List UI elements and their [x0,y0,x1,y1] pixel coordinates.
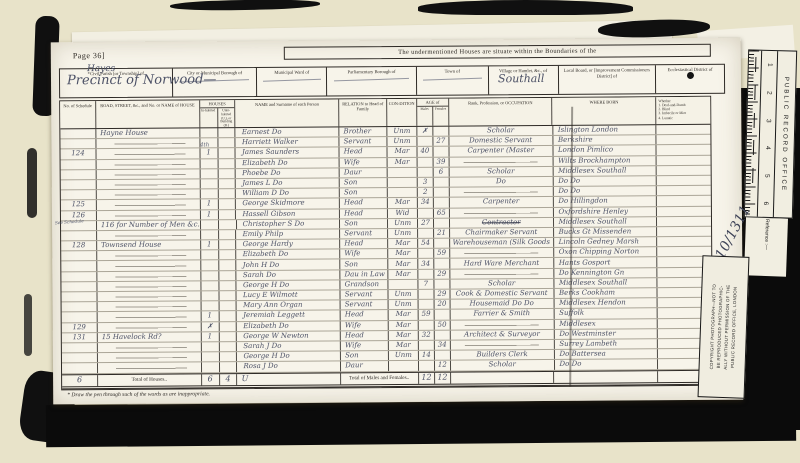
cell-age-female [434,178,450,187]
cell-schedule [61,160,97,169]
cell-age-female [434,218,450,227]
cell-relation: Wife [341,321,389,331]
cell-relation: Wife [340,249,388,259]
photo-smudge [27,148,37,218]
cell-uninhabited [219,301,237,310]
cell-age-female: 65 [434,208,450,217]
cell-condition [389,361,419,370]
cell-relation: Head [340,147,388,157]
cell-age-female [433,147,449,156]
total-houses-label: Total of Houses.. [98,374,202,386]
col-age: AGE of Males Females [417,99,449,126]
cell-condition: Unm [389,290,419,299]
cell-occupation [450,207,554,217]
cell-relation: Head [341,331,389,341]
cell-name: George H Do [237,352,341,362]
cell-schedule [61,272,97,281]
cell-occupation: Domestic Servant [449,136,553,146]
total-females: 12 [435,372,451,383]
cell-inhabited: 1 [200,210,218,219]
cell-road [97,281,201,291]
total-blank-occ [451,371,555,383]
cell-disability [657,216,711,226]
cell-uninhabited [218,148,236,157]
cell-where-born: Berkshire [553,135,657,145]
cell-where-born: Do Hillingdon [553,196,657,206]
cell-age-male [418,208,434,217]
photo-smudge [418,0,633,15]
cell-age-female: 20 [434,300,450,309]
total-uninhabited: 4 [220,374,238,385]
cell-disability [657,125,711,135]
cell-name: George W Newton [237,331,341,341]
col-condition: CON-DITION [387,99,417,126]
cell-name: Jeremiah Leggett [237,311,341,321]
cell-condition [388,188,418,197]
cell-inhabited: 1 [201,240,219,249]
cell-occupation: Chairmaker Servant [450,228,554,238]
cell-road [96,139,200,149]
parliamentary-borough-field: Parliamentary Borough of [327,67,417,96]
cell-name: George Skidmore [236,199,340,209]
col-where-born: WHERE BORN [553,97,657,125]
cell-schedule [61,251,97,260]
cell-road [98,312,202,322]
cell-road [97,251,201,261]
cell-name: John H Do [237,260,341,270]
cell-schedule [61,282,97,291]
village-value: Southall [498,72,544,85]
total-inhabited: 6 [202,374,220,385]
cell-schedule [60,129,96,138]
cell-inhabited [200,128,218,137]
cell-relation: Daur [340,168,388,178]
cell-inhabited: 1 [201,312,219,321]
cell-where-born: London Pimlico [553,146,657,156]
cell-inhabited [201,352,219,361]
cell-name: James Saunders [236,148,340,158]
cell-age-female: 29 [434,269,450,278]
cell-uninhabited [220,362,238,371]
cell-name: Rosa J Do [237,362,341,372]
cell-inhabited [202,363,220,372]
cell-age-male [419,361,435,370]
col-schedule: No. of Schedule [60,101,96,128]
cell-name: George Hardy [237,239,341,249]
cell-inhabited [201,220,219,229]
cell-condition: Mar [388,147,418,156]
reference-label: Reference :— [762,219,770,275]
cell-road [96,149,200,159]
cell-schedule [61,170,97,179]
cell-occupation: Hard Ware Merchant [450,258,554,268]
cell-occupation: Carpenter [450,197,554,207]
cell-relation: Head [340,209,388,219]
cell-schedule [61,292,97,301]
cell-condition: Mar [389,320,419,329]
cell-age-male: 54 [418,239,434,248]
cell-occupation: Scholar [449,167,553,177]
cell-occupation [449,156,553,166]
cell-relation: Son [340,259,388,269]
cell-uninhabited [218,179,236,188]
cell-age-female: 6 [434,167,450,176]
cell-relation: Wife [340,158,388,168]
cell-condition: Mar [389,331,419,340]
cell-age-female [435,351,451,360]
cell-uninhabited [219,250,237,259]
cell-road [97,210,201,220]
table-body: Hayne House Earnest Do Brother Unm ✗ Sch… [60,125,712,374]
cell-name: Emily Philp [237,229,341,239]
cell-inhabited [200,159,218,168]
cell-age-male: 32 [419,330,435,339]
cell-relation: Grandson [341,280,389,290]
cell-disability [657,186,711,196]
cell-age-female [434,259,450,268]
cell-inhabited [201,271,219,280]
cell-age-female: 39 [433,157,449,166]
cell-age-male: 2 [418,188,434,197]
cell-age-female [434,239,450,248]
cell-relation: Wife [341,341,389,351]
cell-name: Christopher S Do [237,219,341,229]
photo-smudge [170,0,320,11]
cell-road [97,230,201,240]
cell-age-male [419,320,435,329]
cell-occupation: Carpenter (Master [449,146,553,156]
cell-inhabited [201,342,219,351]
cell-road [97,302,201,312]
cell-schedule [62,343,98,352]
cell-condition: Mar [389,341,419,350]
cell-age-female [434,198,450,207]
cell-road: Townsend House [97,240,201,250]
cell-uninhabited [218,189,236,198]
col-inhabited: In-habited [200,109,218,129]
cell-age-female: 59 [434,249,450,258]
reference-card: Reference :— [744,217,788,276]
cell-road: 116 for Number of Men &c. [97,220,201,230]
cell-age-female: 21 [434,229,450,238]
cell-schedule [62,302,98,311]
cell-occupation: Scholar [451,360,555,370]
cell-schedule [61,262,97,271]
cell-age-male: ✗ [417,127,433,136]
cell-where-born: Do Do [553,186,657,196]
cell-name: Harriett Walker [236,138,340,148]
cell-condition: Unm [389,300,419,309]
cell-age-female [435,310,451,319]
cell-name: Sarah J Do [237,341,341,351]
cell-inhabited [201,250,219,259]
cell-condition: Unm [387,137,417,146]
ink-blot [687,72,694,79]
cell-name: Elizabeth Do [237,250,341,260]
cell-uninhabited [218,128,236,137]
cell-road [98,342,202,352]
cell-name: Lucy E Wilmott [237,290,341,300]
cell-disability [657,145,711,155]
enumeration-table: No. of Schedule ROAD, STREET, &c., and N… [59,96,713,390]
cell-schedule: 129 [62,323,98,332]
col-age-females: Females [433,107,448,126]
form-footnote: * Draw the pen through such of the words… [67,391,210,398]
cell-relation: Servant [341,290,389,300]
cell-name: Sarah Do [237,270,341,280]
cell-age-female [435,330,451,339]
col-disability: Whether 1. Deaf-and-Dumb 2. Blind 3. Imb… [656,97,710,124]
cell-name: James L Do [236,178,340,188]
cell-where-born: Wilts Brockhampton [553,156,657,166]
cell-road [97,271,201,281]
cell-name: George H Do [237,280,341,290]
cell-condition: Mar [388,249,418,258]
cell-occupation: Warehouseman (Silk Goods [450,238,554,248]
cell-age-female: 34 [435,341,451,350]
cell-disability [657,176,711,186]
local-board-field: Local Board, or [Improvement Commissione… [558,65,656,94]
cell-occupation [450,269,554,279]
cell-uninhabited [218,199,236,208]
cell-condition: Unm [387,127,417,136]
cell-inhabited [201,261,219,270]
cell-name: William D Do [236,189,340,199]
cell-uninhabited [219,220,237,229]
cell-inhabited [201,291,219,300]
cell-age-male [418,300,434,309]
cell-condition: Mar [388,259,418,268]
cell-schedule [62,312,98,321]
col-houses: HOUSES In-habited Unin-habited (U.), or … [200,100,236,127]
cell-age-female [434,188,450,197]
cell-occupation: Scholar [450,279,554,289]
total-uninhabited-note: U [238,373,342,385]
cell-occupation: Architect & Surveyor [451,330,555,340]
cell-uninhabited [219,332,237,341]
cell-age-male [418,249,434,258]
cell-age-male [417,157,433,166]
cell-age-male: 59 [419,310,435,319]
cell-name: Mary Ann Organ [237,301,341,311]
cell-road [98,322,202,332]
cell-condition [388,280,418,289]
cell-condition [388,168,418,177]
cell-condition: Mar [388,198,418,207]
cell-relation: Daur [341,361,389,371]
cell-relation: Head [340,198,388,208]
cell-schedule [61,180,97,189]
table-header-row: No. of Schedule ROAD, STREET, &c., and N… [60,97,710,130]
cell-schedule: 128 [61,241,97,250]
cell-condition: Unm [388,219,418,228]
cell-where-born: Oxfordshire Henley [553,207,657,217]
cell-uninhabited [219,281,237,290]
cell-relation: Son [340,188,388,198]
cell-age-female: 12 [435,361,451,370]
col-age-males: Males [417,107,433,126]
cell-disability [657,155,711,165]
cell-uninhabited [218,169,236,178]
cell-inhabited [201,301,219,310]
cell-uninhabited [219,271,237,280]
town-field: Town of [417,66,489,95]
cell-name: Phoebe Do [236,168,340,178]
cell-occupation: Cook & Domestic Servant [450,289,554,299]
cell-occupation: Housemaid Do Do [450,299,554,309]
cell-occupation [450,248,554,258]
cell-schedule [61,231,97,240]
cell-age-male [419,341,435,350]
col-name: NAME and Surname of each Person [236,99,340,127]
cell-occupation [451,340,555,350]
cell-uninhabited [219,240,237,249]
total-persons-label: Total of Males and Females.. [341,372,419,384]
cell-condition: Mar [388,269,418,278]
cell-occupation: Farrier & Smith [450,309,554,319]
cell-age-male: 34 [418,259,434,268]
cell-uninhabited [218,210,236,219]
cell-occupation [450,187,554,197]
cell-road [97,179,201,189]
cell-age-male [418,229,434,238]
cell-inhabited [201,281,219,290]
cell-schedule [60,139,96,148]
cell-occupation: Do [450,177,554,187]
cell-relation: Servant [340,137,388,147]
cell-schedule: 125 [61,200,97,209]
cell-uninhabited [219,322,237,331]
cell-age-male: 7 [418,280,434,289]
cell-road [98,352,202,362]
cell-disability [657,227,711,237]
cell-road [97,169,201,179]
copyright-stamp: COPYRIGHT PHOTOGRAPH—NOT TO BE REPRODUCE… [698,255,750,399]
cell-uninhabited [219,261,237,270]
census-form-paper: Page 36] The undermentioned Houses are s… [51,38,744,405]
cell-occupation: Scholar [449,126,553,136]
cell-condition: Mar [389,310,419,319]
cell-condition: Unm [389,351,419,360]
cell-relation: Son [341,351,389,361]
cell-uninhabited [219,311,237,320]
civil-parish-value: Precinct of Norwood— [67,72,217,88]
cell-disability [657,206,711,216]
page-number: Page 36] [73,51,105,60]
cell-road [96,159,200,169]
totals-row: 6 Total of Houses.. 6 4 U Total of Males… [62,369,712,389]
pro-title: PUBLIC RECORD OFFICE [774,51,796,217]
cell-uninhabited [219,342,237,351]
cell-relation: Head [340,239,388,249]
cell-relation: Brother [340,127,388,137]
cell-inhabited: 1 [201,332,219,341]
col-road: ROAD, STREET, &c., and No. or NAME of HO… [96,100,200,128]
cell-inhabited: ✗ [201,322,219,331]
cell-name: Elizabeth Do [236,158,340,168]
cell-age-female: 29 [434,290,450,299]
cell-age-female [433,127,449,136]
cell-inhabited [200,169,218,178]
cell-schedule: 124 [60,149,96,158]
cell-disability [657,196,711,206]
cell-road [97,189,201,199]
cell-condition: Mar [388,157,418,166]
cell-uninhabited [219,352,237,361]
total-schedule: 6 [62,375,98,386]
cell-uninhabited [218,138,236,147]
cell-age-female: 50 [435,320,451,329]
cell-uninhabited [219,230,237,239]
cell-inhabited: 1 [200,200,218,209]
col-occupation: Rank, Profession, or OCCUPATION [449,98,553,126]
cell-schedule [62,353,98,362]
cell-age-male: 34 [418,198,434,207]
cell-where-born: Bucks Gt Missenden [554,227,658,237]
cell-condition [388,178,418,187]
cell-road [97,261,201,271]
banner-text: The undermentioned Houses are situate wi… [284,44,711,60]
cell-age-female: 27 [433,137,449,146]
cell-road [97,200,201,210]
cell-disability [657,135,711,145]
cell-name: Earnest Do [236,127,340,137]
cell-inhabited [200,179,218,188]
cell-age-male [418,290,434,299]
cell-condition: Unm [388,229,418,238]
cell-schedule [61,190,97,199]
cell-relation: Servant [340,229,388,239]
cell-age-male [417,137,433,146]
cell-uninhabited [219,291,237,300]
cell-condition: Wid [388,208,418,217]
cell-schedule [62,363,98,372]
total-males: 12 [419,372,435,383]
cell-age-male: 40 [417,147,433,156]
cell-inhabited: 4th1 [200,149,218,158]
cell-occupation [451,319,555,329]
cell-name: Elizabeth Do [237,321,341,331]
municipal-ward-field: Municipal Ward of [257,67,327,95]
cell-occupation: Contractor [450,218,554,228]
cell-where-born: Do Do [553,176,657,186]
cell-age-male [418,269,434,278]
cell-relation: Servant [341,300,389,310]
col-relation: RELATION to Head of Family [339,99,387,126]
cell-where-born: Middlesex Southall [554,217,658,227]
cell-age-male [418,167,434,176]
cell-road [98,363,202,373]
cell-disability [657,166,711,176]
cell-uninhabited [218,159,236,168]
cell-where-born: Middlesex Southall [553,166,657,176]
cell-relation: Son [340,178,388,188]
photo-smudge [24,294,32,356]
cell-schedule: See Schedule [61,221,97,230]
cell-inhabited [201,230,219,239]
col-uninhabited: Unin-habited (U.), or Building (B.) [218,108,235,128]
cell-relation: Dau in Law [341,270,389,280]
photo-black-band [46,399,796,448]
cell-road: Hayne House [96,128,200,138]
cell-age-female [434,279,450,288]
cell-road: 15 Havelock Rd? [98,332,202,342]
census-scan-page: Page 36] The undermentioned Houses are s… [0,0,800,463]
cell-relation: Head [341,310,389,320]
cell-road [97,291,201,301]
cell-age-male: 3 [418,178,434,187]
cell-condition: Mar [388,239,418,248]
